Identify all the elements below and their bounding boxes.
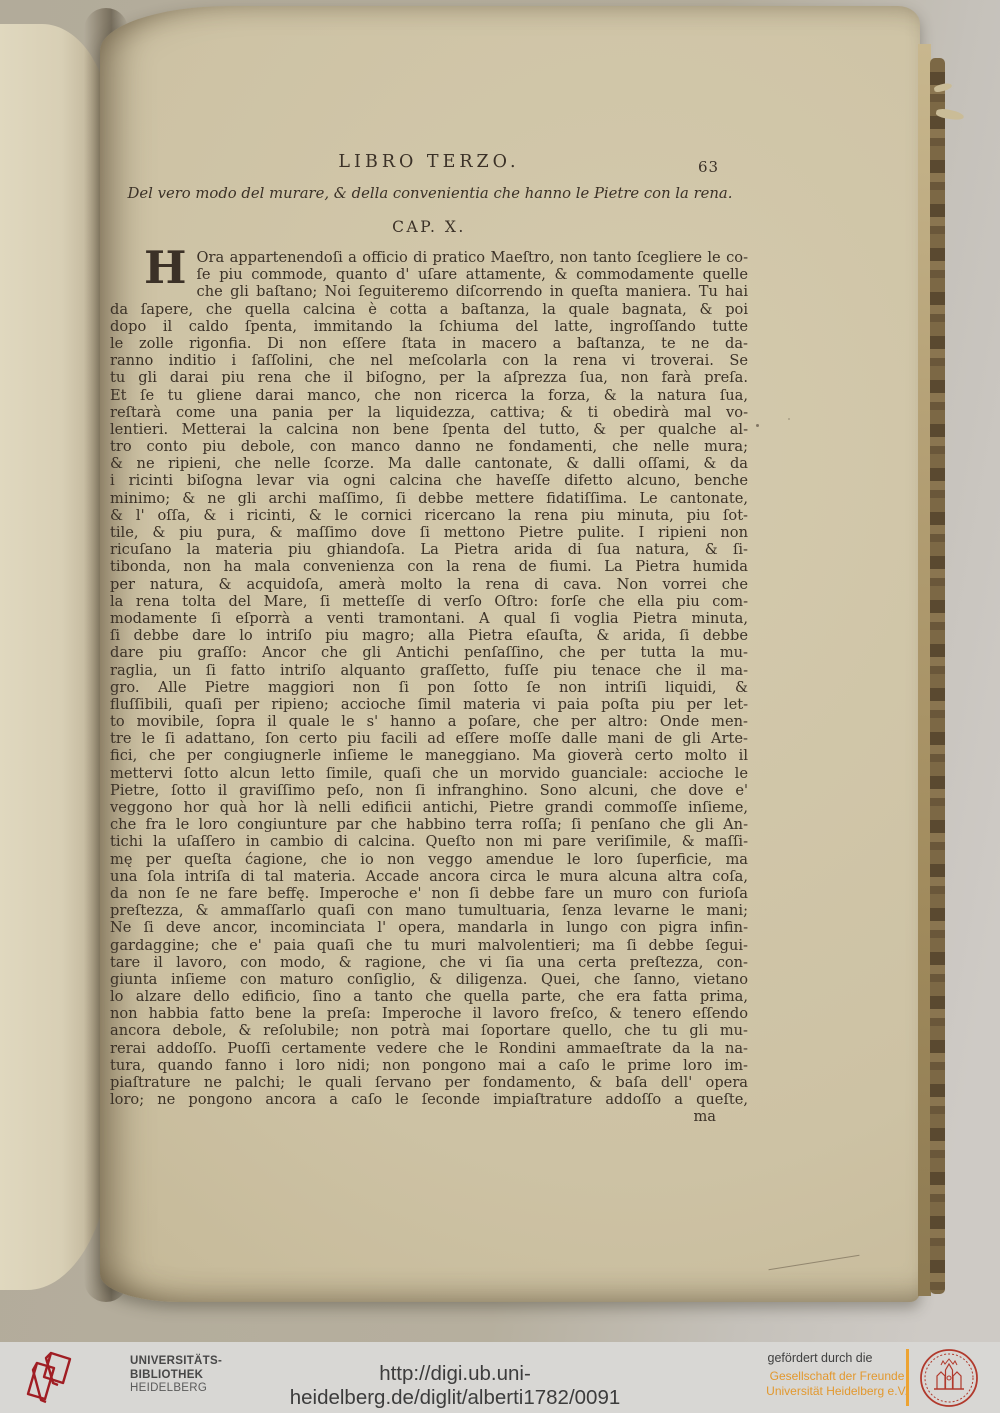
text-line: tre le ſi adattano, ſon certo piu facili…	[110, 730, 748, 747]
book-page: LIBRO TERZO. 63 Del vero modo del murare…	[100, 6, 920, 1302]
library-name: UNIVERSITÄTS- BIBLIOTHEK HEIDELBERG	[130, 1355, 222, 1396]
text-line: minimo; & ne gli archi maſſimo, ſi debbe…	[110, 490, 748, 507]
page-block-edge-worn	[930, 58, 945, 1294]
text-line: Pietre, ſotto il graviſſimo peſo, non ſi…	[110, 782, 748, 799]
text-line: rerai addoſſo. Puoſſi certamente vedere …	[110, 1040, 748, 1057]
text-line: gro. Alle Pietre maggiori non ſi pon ſot…	[110, 679, 748, 696]
text-line: preſtezza, & ammaſſarlo quaſi con mano t…	[110, 902, 748, 919]
book-scan: LIBRO TERZO. 63 Del vero modo del murare…	[0, 0, 1000, 1413]
footer-divider	[906, 1349, 909, 1406]
text-line: Ne ſi deve ancor, incominciata l' opera,…	[110, 919, 748, 936]
text-line: i ricinti biſogna levar via ogni calcina…	[110, 472, 748, 489]
text-line: ſe piu commode, quanto d' uſare attament…	[110, 266, 748, 283]
chapter-subtitle: Del vero modo del murare, & della conven…	[112, 185, 748, 202]
text-line: fluſſibili, quaſi per ripieno; accioche …	[110, 696, 748, 713]
digitization-url: http://digi.ub.uni-heidelberg.de/diglit/…	[235, 1362, 675, 1410]
text-line: fici, che per congiugnerle inſieme le ma…	[110, 747, 748, 764]
library-name-line: BIBLIOTHEK	[130, 1369, 222, 1383]
text-line: da non ſe ne fare beffę. Imperoche e' no…	[110, 885, 748, 902]
library-name-line: UNIVERSITÄTS-	[130, 1355, 222, 1369]
university-seal-icon	[916, 1345, 982, 1413]
ink-speck	[788, 418, 790, 420]
text-line: ricuſano la materia piu ghiandoſa. La Pi…	[110, 541, 748, 558]
library-logo-icon	[26, 1350, 90, 1411]
text-line: una ſola intriſa di tal materia. Accade …	[110, 868, 748, 885]
text-line: lentieri. Metterai la calcina non bene ſ…	[110, 421, 748, 438]
text-line: piaſtrature ne palchi; le quali ſervano …	[110, 1074, 748, 1091]
text-line: tu gli darai piu rena che il biſogno, pe…	[110, 369, 748, 386]
chapter-heading: CAP. X.	[110, 218, 748, 236]
text-line: ranno inditio i ſaſſolini, che nel meſco…	[110, 352, 748, 369]
ink-speck	[756, 424, 759, 427]
library-name-line: HEIDELBERG	[130, 1382, 222, 1396]
library-footer: UNIVERSITÄTS- BIBLIOTHEK HEIDELBERG http…	[0, 1342, 1000, 1413]
body-lines: Ora appartenendoſi a officio di pratico …	[110, 249, 748, 1108]
funding-organization: Gesellschaft der Freunde Universität Hei…	[752, 1369, 922, 1399]
scan-scratch	[768, 1255, 859, 1270]
text-line: le zolle rigonfia. Di non eſſere ſtata i…	[110, 335, 748, 352]
text-line: raglia, un ſi fatto intriſo alquanto gra…	[110, 662, 748, 679]
text-line: mę per queſta ćagione, che io non veggo …	[110, 851, 748, 868]
text-line: loro; ne pongono ancora a caſo le ſecond…	[110, 1091, 748, 1108]
catchword: ma	[110, 1108, 748, 1126]
text-line: ſi debbe dare lo intriſo piu magro; alla…	[110, 627, 748, 644]
text-line: Et ſe tu gliene darai manco, che non ric…	[110, 387, 748, 404]
page-number: 63	[698, 158, 719, 176]
drop-cap: H	[144, 251, 187, 284]
text-line: & ne ripieni, che nelle ſcorze. Ma dalle…	[110, 455, 748, 472]
text-line: tibonda, non ha mala convenienza con la …	[110, 558, 748, 575]
funding-org-line: Gesellschaft der Freunde	[752, 1369, 922, 1384]
text-line: to movibile, ſopra il quale le s' hanno …	[110, 713, 748, 730]
text-line: la rena tolta del Mare, ſi metteſſe di v…	[110, 593, 748, 610]
funding-note: gefördert durch die	[760, 1351, 880, 1365]
text-line: tare il lavoro, con modo, & ragione, che…	[110, 954, 748, 971]
text-line: gardaggine; che e' paia quaſi che tu mur…	[110, 937, 748, 954]
text-line: dopo il caldo ſpenta, immitando la ſchiu…	[110, 318, 748, 335]
text-line: tichi la uſaſſero in cambio di calcina. …	[110, 833, 748, 850]
text-line: veggono hor quà hor là nelli edificii an…	[110, 799, 748, 816]
text-line: da ſapere, che quella calcina è cotta a …	[110, 301, 748, 318]
text-line: tile, & piu pura, & maſſimo dove ſi mett…	[110, 524, 748, 541]
text-line: dare piu graſſo: Ancor che gli Antichi p…	[110, 644, 748, 661]
text-line: & l' oſſa, & i ricinti, & le cornici ric…	[110, 507, 748, 524]
funding-org-line: Universität Heidelberg e.V.	[752, 1384, 922, 1399]
text-line: non habbia fatto bene la preſa: Imperoch…	[110, 1005, 748, 1022]
text-line: mettervi ſotto alcun letto ſimile, quaſi…	[110, 765, 748, 782]
text-line: che fra le loro congiunture par che habb…	[110, 816, 748, 833]
text-line: per natura, & acquidoſa, amerà molto la …	[110, 576, 748, 593]
text-line: lo alzare dello edificio, ſino a tanto c…	[110, 988, 748, 1005]
text-line: reſtarà come una pania per la liquidezza…	[110, 404, 748, 421]
running-title: LIBRO TERZO.	[110, 152, 748, 172]
text-line: che gli baſtano; Noi ſeguiteremo diſcorr…	[110, 283, 748, 300]
text-line: modamente ſi eſporrà a venti tramontani.…	[110, 610, 748, 627]
body-text: H Ora appartenendoſi a officio di pratic…	[110, 249, 748, 1126]
text-line: ancora debole, & reſolubile; non potrà m…	[110, 1022, 748, 1039]
text-line: tro conto piu debole, con manco danno ne…	[110, 438, 748, 455]
text-line: giunta inſieme con maturo conſiglio, & d…	[110, 971, 748, 988]
text-line: Ora appartenendoſi a officio di pratico …	[110, 249, 748, 266]
text-line: tura, quando fanno i loro nidi; non pong…	[110, 1057, 748, 1074]
